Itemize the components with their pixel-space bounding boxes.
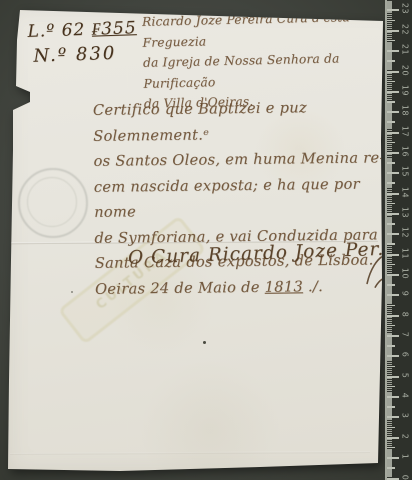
ruler-tick bbox=[387, 184, 392, 186]
body-line: Certifico que Baptizei e puz Solemnement… bbox=[93, 94, 398, 149]
ruler-tick bbox=[387, 380, 392, 382]
ruler: 01234567891011121314151617181920212223 bbox=[385, 0, 412, 480]
ruler-tick bbox=[387, 160, 392, 162]
ruler-tick bbox=[387, 62, 392, 64]
ruler-tick bbox=[387, 127, 392, 129]
date-suffix: ./. bbox=[303, 278, 323, 295]
ruler-tick bbox=[387, 103, 392, 105]
ruler-tick bbox=[387, 469, 392, 471]
ruler-tick bbox=[387, 412, 392, 414]
ruler-tick bbox=[387, 77, 392, 79]
ruler-tick bbox=[387, 345, 395, 347]
ruler-tick bbox=[387, 32, 392, 34]
ruler-tick bbox=[387, 280, 392, 282]
date-line: Oeiras 24 de Maio de 1813 ./. bbox=[95, 273, 399, 302]
ruler-number: 23 bbox=[401, 3, 410, 15]
ruler-tick bbox=[387, 343, 392, 345]
ruler-tick bbox=[387, 349, 392, 351]
ruler-number: 0 bbox=[401, 471, 410, 480]
ruler-tick bbox=[387, 331, 392, 333]
ruler-tick bbox=[387, 302, 392, 304]
ruler-tick bbox=[387, 317, 392, 319]
ruler-tick bbox=[387, 243, 395, 245]
ruler-tick bbox=[387, 174, 392, 176]
entry-number: N.º 830 bbox=[33, 42, 138, 67]
ruler-tick bbox=[387, 178, 392, 180]
ruler-tick bbox=[387, 364, 392, 366]
ruler-number: 2 bbox=[401, 430, 410, 442]
ruler-tick bbox=[387, 278, 392, 280]
ruler-number: 8 bbox=[401, 308, 410, 320]
ruler-tick bbox=[387, 323, 392, 325]
ruler-number: 15 bbox=[401, 166, 410, 178]
ruler-number: 6 bbox=[401, 349, 410, 361]
ruler-number: 7 bbox=[401, 329, 410, 341]
ruler-tick bbox=[387, 93, 392, 95]
ruler-tick bbox=[387, 335, 399, 337]
body-line: cem nascida exposta; e ha que por nome bbox=[94, 171, 399, 226]
ink-speck bbox=[71, 291, 73, 293]
ruler-tick bbox=[387, 105, 392, 107]
ruler-tick bbox=[387, 36, 392, 38]
ruler-tick bbox=[387, 392, 392, 394]
paper-surface: CULTURA L.º 62 ₣355 N.º 830 Ricardo Joze… bbox=[0, 0, 412, 480]
ruler-number: 21 bbox=[401, 44, 410, 56]
ruler-tick bbox=[387, 125, 392, 127]
ruler-tick bbox=[387, 11, 392, 13]
ink-speck bbox=[203, 341, 206, 344]
ruler-tick bbox=[387, 284, 395, 286]
ruler-tick bbox=[387, 341, 392, 343]
ruler-number: 9 bbox=[401, 288, 410, 300]
ruler-tick bbox=[387, 435, 392, 437]
ruler-tick bbox=[387, 256, 392, 258]
ruler-tick bbox=[387, 107, 392, 109]
ruler-number: 17 bbox=[401, 125, 410, 137]
ruler-number: 20 bbox=[401, 64, 410, 76]
ruler-tick bbox=[387, 154, 392, 156]
ruler-tick bbox=[387, 333, 392, 335]
ruler-tick bbox=[387, 248, 392, 250]
ruler-number: 1 bbox=[401, 451, 410, 463]
ruler-number: 19 bbox=[401, 84, 410, 96]
ruler-tick bbox=[387, 40, 395, 42]
ruler-tick bbox=[387, 357, 392, 359]
ruler-tick bbox=[387, 201, 392, 203]
ruler-tick bbox=[387, 221, 392, 223]
ruler-number: 16 bbox=[401, 145, 410, 157]
ruler-tick bbox=[387, 148, 392, 150]
ruler-tick bbox=[387, 431, 392, 433]
ruler-tick bbox=[387, 362, 392, 364]
ruler-tick bbox=[387, 394, 392, 396]
ruler-tick bbox=[387, 453, 392, 455]
ruler-tick bbox=[387, 370, 392, 372]
faint-round-stamp bbox=[18, 168, 88, 238]
ruler-tick bbox=[387, 111, 399, 113]
ruler-tick bbox=[387, 286, 392, 288]
ruler-tick bbox=[387, 246, 392, 248]
ruler-tick bbox=[387, 156, 392, 158]
ruler-tick bbox=[387, 66, 392, 68]
ruler-tick bbox=[387, 347, 392, 349]
ruler-tick bbox=[387, 115, 392, 117]
ruler-tick bbox=[387, 140, 392, 142]
ruler-tick bbox=[387, 315, 399, 317]
ruler-tick bbox=[387, 119, 392, 121]
ruler-tick bbox=[387, 372, 392, 374]
ruler-tick bbox=[387, 22, 392, 24]
ruler-number: 22 bbox=[401, 23, 410, 35]
faint-round-stamp-inner bbox=[27, 177, 77, 227]
ruler-tick bbox=[387, 144, 392, 146]
ruler-tick bbox=[387, 388, 392, 390]
ruler-tick bbox=[387, 231, 392, 233]
ruler-tick bbox=[387, 416, 399, 418]
ruler-tick bbox=[387, 142, 395, 144]
ruler-tick bbox=[387, 209, 392, 211]
ruler-number: 4 bbox=[401, 390, 410, 402]
ruler-tick bbox=[387, 414, 392, 416]
book-label: L.º 62 bbox=[27, 20, 92, 42]
ruler-tick bbox=[387, 447, 395, 449]
ruler-tick bbox=[387, 75, 392, 77]
ruler-tick bbox=[387, 38, 392, 40]
ruler-tick bbox=[387, 87, 392, 89]
ruler-tick bbox=[387, 217, 392, 219]
ruler-tick bbox=[387, 443, 392, 445]
ruler-tick bbox=[387, 193, 399, 195]
ruler-tick bbox=[387, 321, 392, 323]
ruler-tick bbox=[387, 162, 395, 164]
header-line: Ricardo Joze Pereira Cura d'esta Freguez… bbox=[142, 6, 395, 53]
ruler-tick bbox=[387, 166, 392, 168]
ruler-number: 12 bbox=[401, 227, 410, 239]
ruler-tick bbox=[387, 319, 392, 321]
ruler-tick bbox=[387, 305, 395, 307]
ruler-tick bbox=[387, 459, 392, 461]
ruler-tick bbox=[387, 467, 395, 469]
ruler-tick bbox=[387, 34, 392, 36]
ruler-tick bbox=[387, 433, 392, 435]
folio-number: ₣355 bbox=[91, 18, 137, 40]
ruler-tick bbox=[387, 28, 392, 30]
ruler-number: 5 bbox=[401, 369, 410, 381]
ruler-tick bbox=[387, 18, 392, 20]
ruler-tick bbox=[387, 7, 392, 9]
date-year: 1813 bbox=[265, 278, 304, 295]
ruler-tick bbox=[387, 56, 392, 58]
ruler-tick bbox=[387, 355, 399, 357]
ruler-tick bbox=[387, 97, 392, 99]
ruler-tick bbox=[387, 475, 392, 477]
ruler-tick bbox=[387, 16, 392, 18]
margin-notes: L.º 62 ₣355 N.º 830 bbox=[27, 18, 138, 67]
ruler-tick bbox=[387, 461, 392, 463]
ruler-tick bbox=[387, 89, 392, 91]
ruler-tick bbox=[387, 191, 392, 193]
ruler-tick bbox=[387, 83, 392, 85]
ruler-tick bbox=[387, 300, 392, 302]
ruler-tick bbox=[387, 270, 392, 272]
ruler-number: 10 bbox=[401, 268, 410, 280]
ruler-tick bbox=[387, 101, 395, 103]
ruler-tick bbox=[387, 9, 399, 11]
ruler-tick bbox=[387, 425, 392, 427]
ruler-tick bbox=[387, 296, 392, 298]
ruler-tick bbox=[387, 264, 395, 266]
ruler-tick bbox=[387, 463, 392, 465]
ruler-tick bbox=[387, 146, 392, 148]
ruler-tick bbox=[387, 168, 392, 170]
ruler-tick bbox=[387, 272, 392, 274]
ruler-tick bbox=[387, 68, 392, 70]
ruler-tick bbox=[387, 134, 392, 136]
ruler-tick bbox=[387, 189, 392, 191]
ruler-tick bbox=[387, 205, 392, 207]
date-prefix: Oeiras 24 de Maio de bbox=[95, 278, 265, 297]
ruler-tick bbox=[387, 44, 392, 46]
ruler-tick bbox=[387, 465, 392, 467]
ruler-tick bbox=[387, 398, 392, 400]
ruler-tick bbox=[387, 207, 392, 209]
ruler-tick bbox=[387, 215, 392, 217]
ruler-tick bbox=[387, 113, 392, 115]
ruler-tick bbox=[387, 254, 399, 256]
ruler-tick bbox=[387, 276, 392, 278]
ruler-tick bbox=[387, 402, 392, 404]
ruler-tick bbox=[387, 241, 392, 243]
ruler-tick bbox=[387, 136, 392, 138]
ruler-tick bbox=[387, 229, 392, 231]
ruler-tick bbox=[387, 337, 392, 339]
ruler-tick bbox=[387, 441, 392, 443]
ruler-tick bbox=[387, 73, 392, 75]
ruler-number: 13 bbox=[401, 206, 410, 218]
paper-sheet: CULTURA L.º 62 ₣355 N.º 830 Ricardo Joze… bbox=[0, 0, 412, 480]
ruler-tick bbox=[387, 449, 392, 451]
ruler-tick bbox=[387, 150, 392, 152]
ruler-number: 18 bbox=[401, 105, 410, 117]
ruler-tick bbox=[387, 274, 399, 276]
ruler-tick bbox=[387, 158, 392, 160]
ruler-tick bbox=[387, 410, 392, 412]
ruler-tick bbox=[387, 176, 392, 178]
ruler-tick bbox=[387, 396, 399, 398]
ruler-tick bbox=[387, 46, 392, 48]
ruler-tick bbox=[387, 223, 395, 225]
ruler-tick bbox=[387, 227, 392, 229]
ruler-tick bbox=[387, 437, 399, 439]
ruler-tick bbox=[387, 368, 392, 370]
header-line: da Igreja de Nossa Senhora da Purificaçã… bbox=[143, 47, 396, 94]
ruler-tick bbox=[387, 79, 392, 81]
ruler-tick bbox=[387, 52, 392, 54]
ruler-tick bbox=[387, 199, 392, 201]
ruler-tick bbox=[387, 58, 392, 60]
ruler-tick bbox=[387, 71, 399, 73]
ruler-tick bbox=[387, 260, 392, 262]
ruler-tick bbox=[387, 225, 392, 227]
ruler-tick bbox=[387, 311, 392, 313]
ruler-tick bbox=[387, 262, 392, 264]
ruler-tick bbox=[387, 327, 392, 329]
ruler-tick bbox=[387, 197, 392, 199]
ruler-tick bbox=[387, 455, 392, 457]
ruler-tick bbox=[387, 359, 392, 361]
ruler-tick bbox=[387, 451, 392, 453]
ruler-tick bbox=[387, 121, 395, 123]
ruler-tick bbox=[387, 325, 395, 327]
ruler-tick bbox=[387, 233, 399, 235]
ruler-tick bbox=[387, 423, 392, 425]
ruler-tick bbox=[387, 213, 399, 215]
ruler-tick bbox=[387, 20, 395, 22]
ruler-tick bbox=[387, 457, 399, 459]
ruler-tick bbox=[387, 292, 392, 294]
ruler-tick bbox=[387, 268, 392, 270]
ruler-tick bbox=[387, 366, 395, 368]
ruler-tick bbox=[387, 235, 392, 237]
ruler-tick bbox=[387, 203, 395, 205]
ruler-tick bbox=[387, 288, 392, 290]
ruler-tick bbox=[387, 382, 392, 384]
ruler-tick bbox=[387, 266, 392, 268]
ruler-tick bbox=[387, 282, 392, 284]
ruler-tick bbox=[387, 132, 399, 134]
ruler-number: 14 bbox=[401, 186, 410, 198]
ruler-tick bbox=[387, 109, 392, 111]
ruler-tick bbox=[387, 239, 392, 241]
ruler-tick bbox=[387, 64, 392, 66]
ruler-tick bbox=[387, 219, 392, 221]
ruler-tick bbox=[387, 406, 395, 408]
ruler-tick bbox=[387, 54, 392, 56]
ruler-tick bbox=[387, 408, 392, 410]
ruler-tick bbox=[387, 180, 392, 182]
ruler-tick bbox=[387, 445, 392, 447]
ruler-tick bbox=[387, 123, 392, 125]
ruler-tick bbox=[387, 390, 392, 392]
body-line: os Santos Oleos, em huma Menina re- bbox=[93, 145, 397, 174]
ruler-tick bbox=[387, 418, 392, 420]
ruler-tick bbox=[387, 130, 392, 132]
ruler-tick bbox=[387, 309, 392, 311]
ruler-tick bbox=[387, 182, 395, 184]
ruler-tick bbox=[387, 290, 392, 292]
ruler-tick bbox=[387, 1, 392, 3]
ruler-tick bbox=[387, 152, 399, 154]
ruler-tick bbox=[387, 5, 392, 7]
ruler-tick bbox=[387, 378, 392, 380]
ruler-tick bbox=[387, 42, 392, 44]
ruler-tick bbox=[387, 24, 392, 26]
ruler-tick bbox=[387, 307, 392, 309]
ruler-tick bbox=[387, 50, 399, 52]
ruler-tick bbox=[387, 313, 392, 315]
ruler-number: 11 bbox=[401, 247, 410, 259]
ruler-tick bbox=[387, 195, 392, 197]
ruler-tick bbox=[387, 250, 392, 252]
ruler-tick bbox=[387, 211, 392, 213]
ruler-tick bbox=[387, 30, 399, 32]
ruler-tick bbox=[387, 294, 399, 296]
ruler-tick bbox=[387, 95, 392, 97]
ruler-tick bbox=[387, 439, 392, 441]
ruler-tick bbox=[387, 258, 392, 260]
ruler-tick bbox=[387, 172, 399, 174]
ruler-tick bbox=[387, 117, 392, 119]
ruler-tick bbox=[387, 298, 392, 300]
ruler-tick bbox=[387, 384, 392, 386]
ruler-tick bbox=[387, 339, 392, 341]
ruler-tick bbox=[387, 374, 392, 376]
ruler-tick bbox=[387, 138, 392, 140]
ruler-tick bbox=[387, 376, 399, 378]
ruler-tick bbox=[387, 85, 392, 87]
ruler-tick bbox=[387, 351, 392, 353]
ruler-tick bbox=[387, 421, 392, 423]
ruler-tick bbox=[387, 471, 392, 473]
ruler-tick bbox=[387, 386, 395, 388]
ruler-tick bbox=[387, 429, 392, 431]
ruler-tick bbox=[387, 81, 395, 83]
ruler-tick bbox=[387, 91, 399, 93]
ruler-tick bbox=[387, 473, 392, 475]
ruler-tick bbox=[387, 3, 392, 5]
ruler-tick bbox=[387, 164, 392, 166]
ruler-tick bbox=[387, 99, 392, 101]
ruler-number: 3 bbox=[401, 410, 410, 422]
document-scan: CULTURA L.º 62 ₣355 N.º 830 Ricardo Joze… bbox=[0, 0, 412, 480]
ruler-tick bbox=[387, 26, 392, 28]
ruler-tick bbox=[387, 170, 392, 172]
ruler-tick bbox=[387, 237, 392, 239]
ruler-tick bbox=[387, 353, 392, 355]
ruler-tick bbox=[387, 186, 392, 188]
ruler-tick bbox=[387, 60, 395, 62]
ruler-tick bbox=[387, 478, 399, 480]
certificate-body-text: Certifico que Baptizei e puz Solemnement… bbox=[93, 94, 399, 302]
ruler-tick bbox=[387, 427, 395, 429]
ruler-tick bbox=[387, 14, 392, 16]
ruler-tick bbox=[387, 252, 392, 254]
ruler-tick bbox=[387, 404, 392, 406]
ruler-tick bbox=[387, 48, 392, 50]
ledger-folio-note: L.º 62 ₣355 bbox=[27, 18, 137, 42]
ruler-tick bbox=[387, 400, 392, 402]
ruler-tick bbox=[387, 329, 392, 331]
